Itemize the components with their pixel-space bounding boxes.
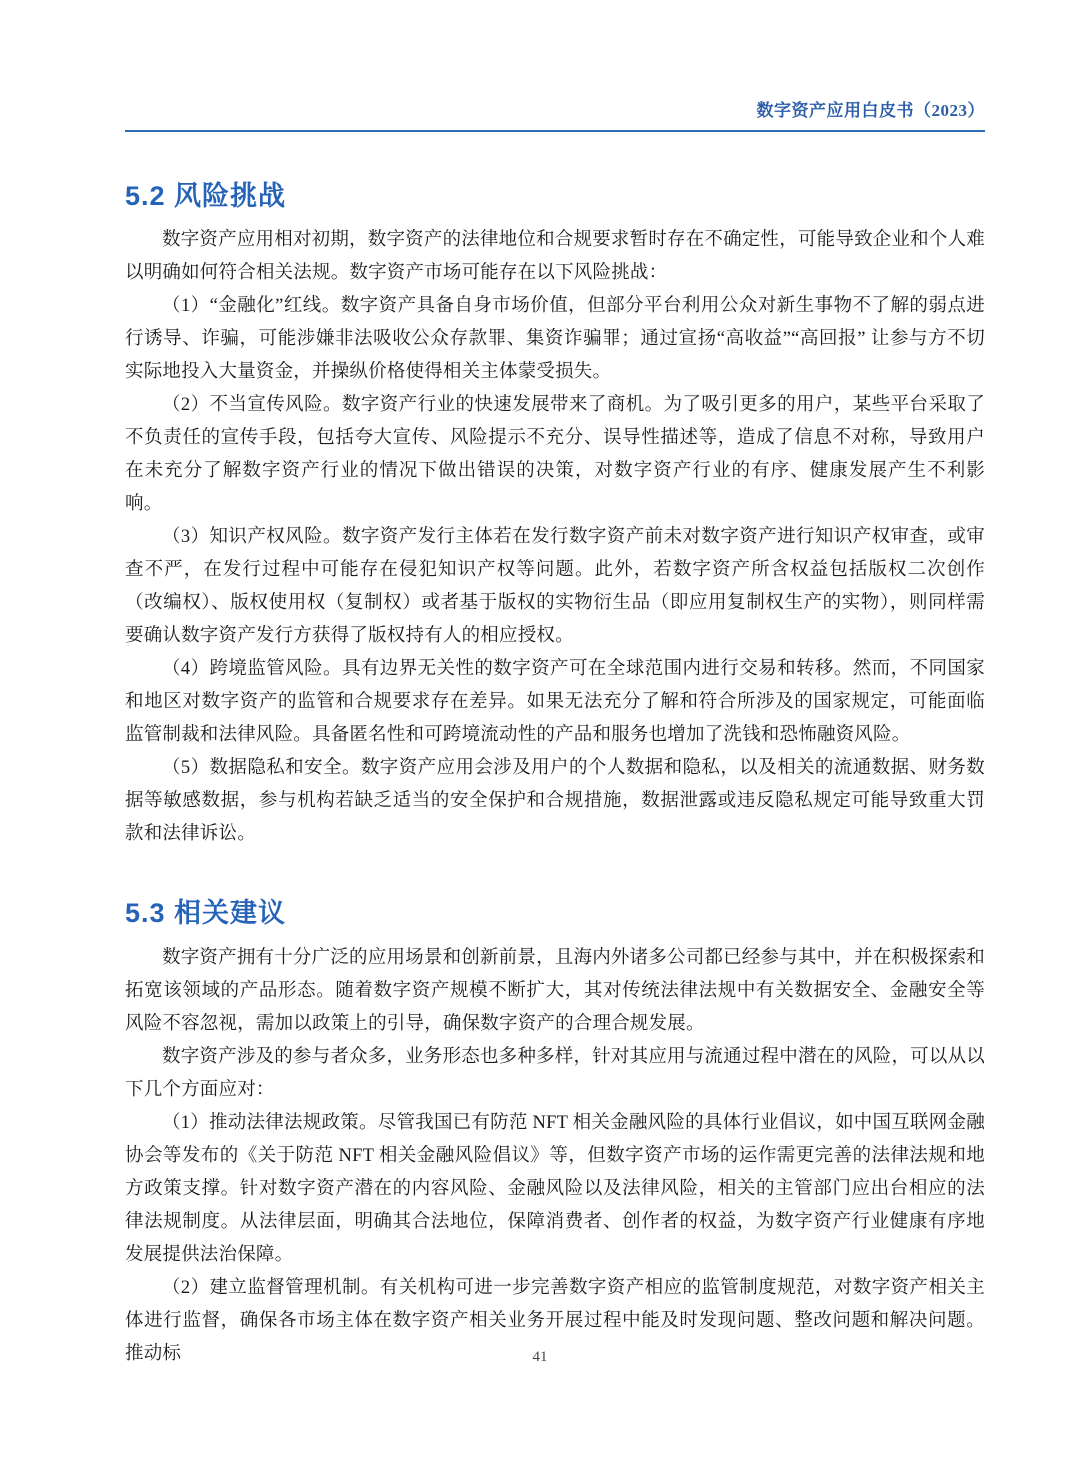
paragraph: （5）数据隐私和安全。数字资产应用会涉及用户的个人数据和隐私，以及相关的流通数据… [125,752,985,851]
section-heading-5-3: 5.3 相关建议 [125,897,985,929]
page-content: 数字资产应用白皮书（2023） 5.2 风险挑战 数字资产应用相对初期，数字资产… [125,96,985,1371]
paragraph: （1）“金融化”红线。数字资产具备自身市场价值，但部分平台利用公众对新生事物不了… [125,290,985,389]
paragraph: 数字资产应用相对初期，数字资产的法律地位和合规要求暂时存在不确定性，可能导致企业… [125,224,985,290]
page-number: 41 [0,1349,1080,1366]
document-page: 数字资产应用白皮书（2023） 5.2 风险挑战 数字资产应用相对初期，数字资产… [0,0,1080,1466]
paragraph: （1）推动法律法规政策。尽管我国已有防范 NFT 相关金融风险的具体行业倡议，如… [125,1107,985,1272]
paragraph: （2）不当宣传风险。数字资产行业的快速发展带来了商机。为了吸引更多的用户，某些平… [125,389,985,521]
section-heading-5-2: 5.2 风险挑战 [125,180,985,212]
page-header: 数字资产应用白皮书（2023） [125,96,985,121]
paragraph: （4）跨境监管风险。具有边界无关性的数字资产可在全球范围内进行交易和转移。然而，… [125,653,985,752]
paragraph: （3）知识产权风险。数字资产发行主体若在发行数字资产前未对数字资产进行知识产权审… [125,521,985,653]
header-title: 数字资产应用白皮书（2023） [757,96,986,121]
paragraph: 数字资产涉及的参与者众多，业务形态也多种多样，针对其应用与流通过程中潜在的风险，… [125,1041,985,1107]
header-divider [125,130,985,132]
paragraph: 数字资产拥有十分广泛的应用场景和创新前景，且海内外诸多公司都已经参与其中，并在积… [125,942,985,1041]
